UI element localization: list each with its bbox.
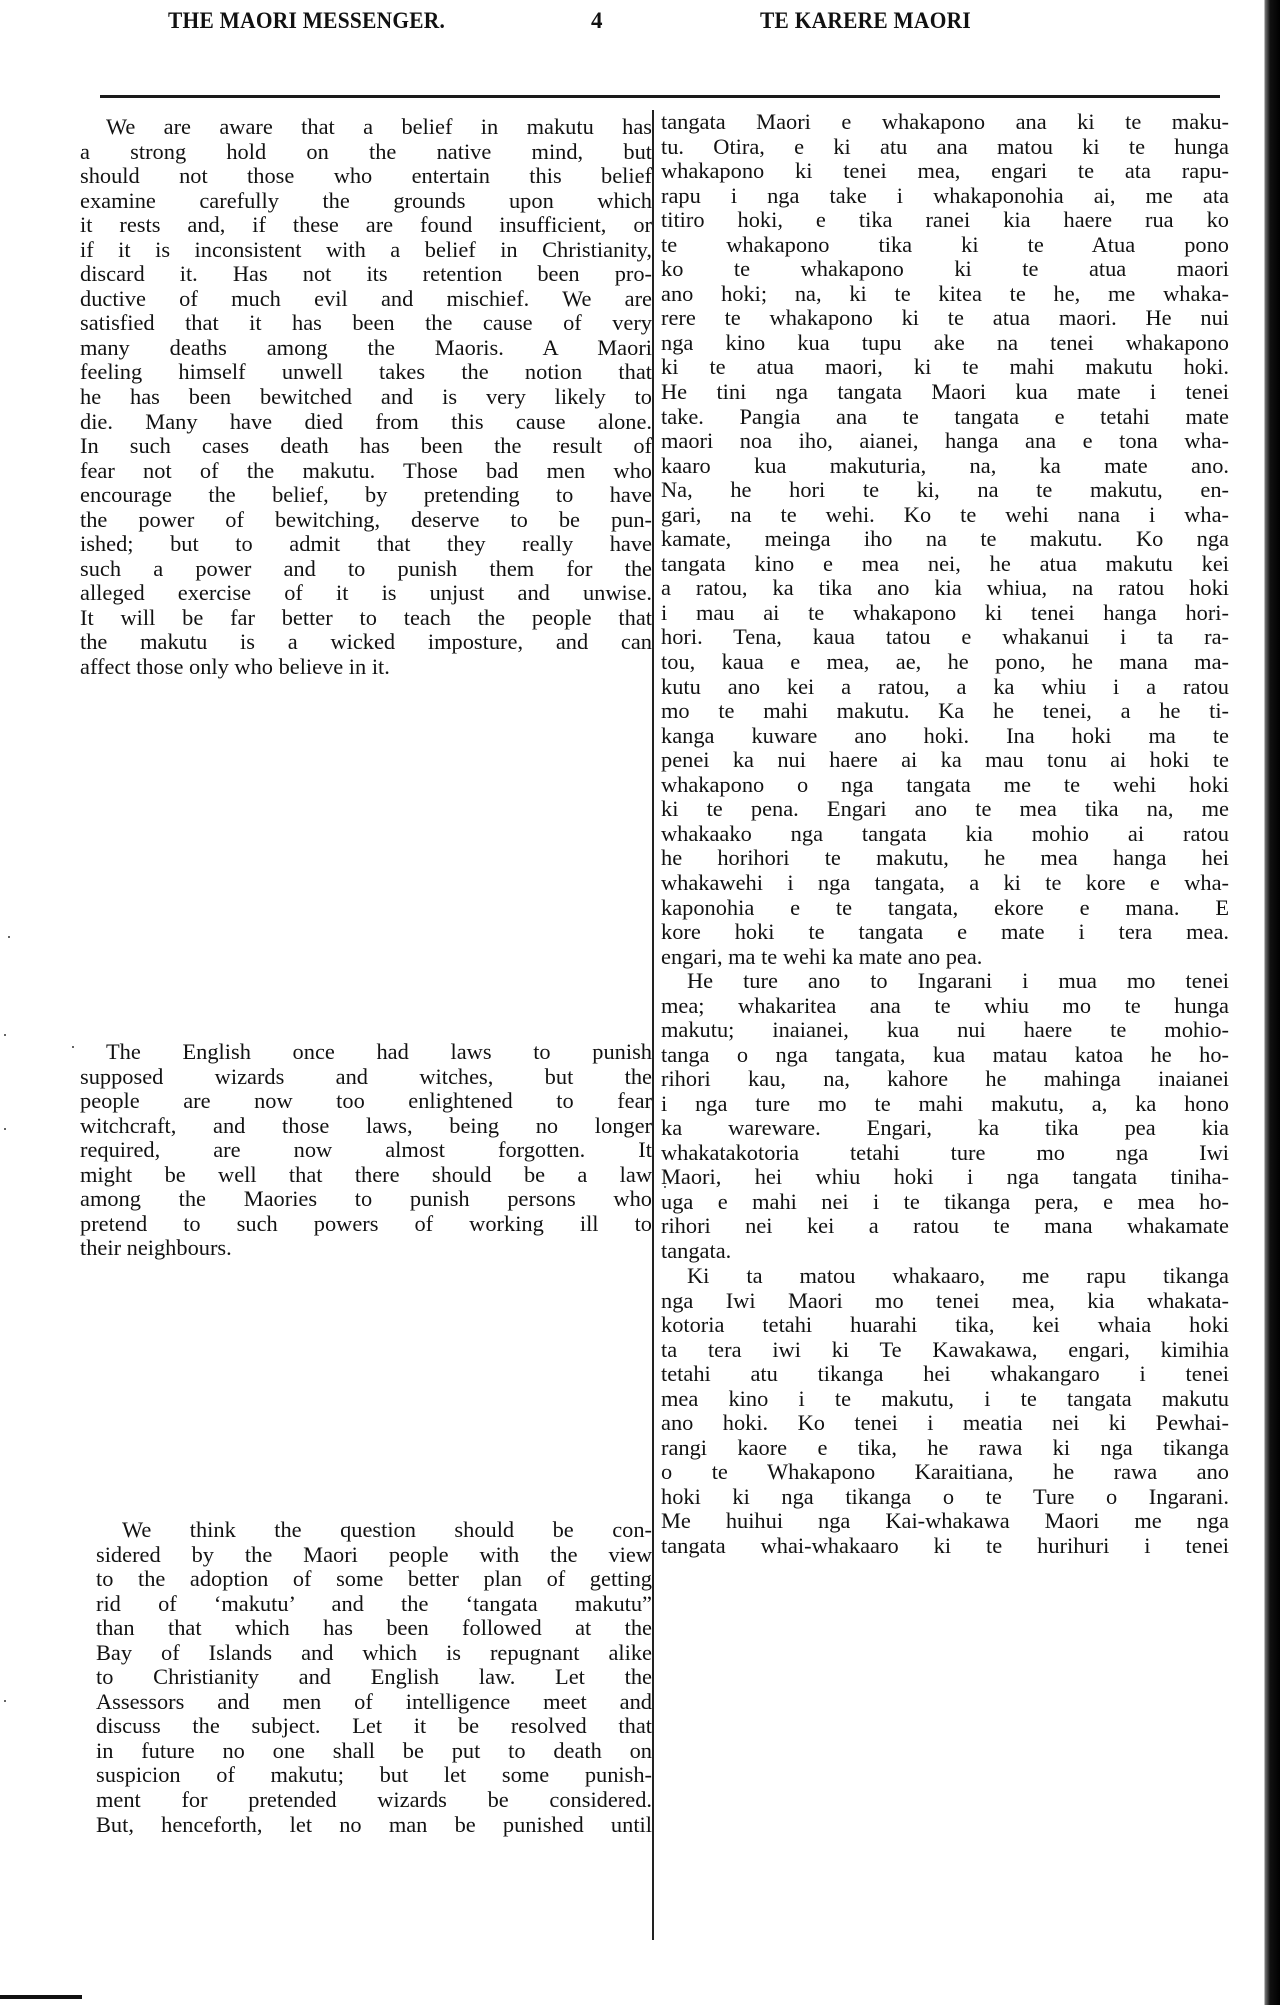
text-line: Ki ta matou whakaaro, me rapu tikanga	[661, 1264, 1229, 1289]
text-line: he has been bewitched and is very likely…	[80, 385, 652, 410]
text-line: rihori kau, na, kahore he mahinga inaian…	[661, 1067, 1229, 1092]
paragraph-makutu-belief: We are aware that a belief in makutu has…	[80, 115, 652, 680]
text-line: mea; whakaritea ana te whiu mo te hunga	[661, 994, 1229, 1019]
text-line: satisfied that it has been the cause of …	[80, 311, 652, 336]
text-line: suspicion of makutu; but let some punish…	[96, 1763, 652, 1788]
header-rule	[100, 95, 1220, 98]
masthead-english: THE MAORI MESSENGER.	[168, 8, 445, 34]
text-line: Na, he hori te ki, na te makutu, en-	[661, 478, 1229, 503]
text-line: i nga ture mo te mahi makutu, a, ka hono	[661, 1092, 1229, 1117]
text-line: the power of bewitching, deserve to be p…	[80, 508, 652, 533]
text-line: many deaths among the Maoris. A Maori	[80, 336, 652, 361]
text-line: rere te whakapono ki te atua maori. He n…	[661, 306, 1229, 331]
text-line: their neighbours.	[80, 1236, 652, 1261]
text-line: tangata.	[661, 1239, 1229, 1264]
scan-speck	[8, 936, 10, 938]
page-header: THE MAORI MESSENGER. 4 TE KARERE MAORI	[0, 8, 1280, 48]
text-line: gari, na te wehi. Ko te wehi nana i wha-	[661, 503, 1229, 528]
text-line: people are now too enlightened to fear	[80, 1089, 652, 1114]
text-line: alleged exercise of it is unjust and unw…	[80, 581, 652, 606]
text-line: ductive of much evil and mischief. We ar…	[80, 287, 652, 312]
text-line: pretend to such powers of working ill to	[80, 1212, 652, 1237]
text-line: ano hoki; na, ki te kitea te he, me whak…	[661, 282, 1229, 307]
scan-speck	[664, 1186, 666, 1188]
paragraph-english-laws: The English once had laws to punish supp…	[80, 1040, 652, 1261]
text-line: rangi kaore e tika, he rawa ki nga tikan…	[661, 1436, 1229, 1461]
text-line: a ratou, ka tika ano kia whiua, na ratou…	[661, 576, 1229, 601]
text-line: ta tera iwi ki Te Kawakawa, engari, kimi…	[661, 1338, 1229, 1363]
text-line: whakapono o nga tangata me te wehi hoki	[661, 773, 1229, 798]
text-line: among the Maories to punish persons who	[80, 1187, 652, 1212]
text-line: hoki ki nga tikanga o te Ture o Ingarani…	[661, 1485, 1229, 1510]
text-line: supposed wizards and witches, but the	[80, 1065, 652, 1090]
text-line: such a power and to punish them for the	[80, 557, 652, 582]
text-line: makutu; inaianei, kua nui haere te mohio…	[661, 1018, 1229, 1043]
scan-edge-mark	[0, 1995, 82, 1999]
text-line: kanga kuware ano hoki. Ina hoki ma te	[661, 724, 1229, 749]
text-line: ki te pena. Engari ano te mea tika na, m…	[661, 797, 1229, 822]
text-line: te whakapono tika ki te Atua pono	[661, 233, 1229, 258]
scan-speck	[4, 1128, 6, 1130]
text-line: o te Whakapono Karaitiana, he rawa ano	[661, 1460, 1229, 1485]
text-line: he horihori te makutu, he mea hanga hei	[661, 846, 1229, 871]
text-line: whakaako nga tangata kia mohio ai ratou	[661, 822, 1229, 847]
text-line: penei ka nui haere ai ka mau tonu ai hok…	[661, 748, 1229, 773]
text-line: nga Iwi Maori mo tenei mea, kia whakata-	[661, 1289, 1229, 1314]
page-number: 4	[591, 8, 603, 34]
paragraph-better-plan: We think the question should be con- sid…	[96, 1518, 652, 1837]
text-line: We are aware that a belief in makutu has	[80, 115, 652, 140]
text-line: required, are now almost forgotten. It	[80, 1138, 652, 1163]
text-line: He tini nga tangata Maori kua mate i ten…	[661, 380, 1229, 405]
text-line: Maori, hei whiu hoki i nga tangata tinih…	[661, 1165, 1229, 1190]
scan-speck	[72, 1046, 74, 1048]
text-line: It will be far better to teach the peopl…	[80, 606, 652, 631]
text-line: whakatakotoria tetahi ture mo nga Iwi	[661, 1141, 1229, 1166]
text-line: tangata Maori e whakapono ana ki te maku…	[661, 110, 1229, 135]
text-line: whakapono ki tenei mea, engari te ata ra…	[661, 159, 1229, 184]
text-line: ka wareware. Engari, ka tika pea kia	[661, 1116, 1229, 1141]
text-line: fear not of the makutu. Those bad men wh…	[80, 459, 652, 484]
text-line: i mau ai te whakapono ki tenei hanga hor…	[661, 601, 1229, 626]
text-line: uga e mahi nei i te tikanga pera, e mea …	[661, 1190, 1229, 1215]
text-line: take. Pangia ana te tangata e tetahi mat…	[661, 405, 1229, 430]
paragraph-ki-ta-matou: Ki ta matou whakaaro, me rapu tikanga ng…	[661, 1264, 1229, 1559]
paragraph-whakapono: tangata Maori e whakapono ana ki te maku…	[661, 110, 1229, 969]
text-line: discard it. Has not its retention been p…	[80, 262, 652, 287]
text-line: encourage the belief, by pretending to h…	[80, 483, 652, 508]
text-line: mea kino i te makutu, i te tangata makut…	[661, 1387, 1229, 1412]
text-line: But, henceforth, let no man be punished …	[96, 1813, 652, 1838]
paragraph-ture-ingarani: He ture ano to Ingarani i mua mo tenei m…	[661, 969, 1229, 1264]
text-line: hori. Tena, kaua tatou e whakanui i ta r…	[661, 625, 1229, 650]
text-line: tangata whai-whakaaro ki te hurihuri i t…	[661, 1534, 1229, 1559]
text-line: tou, kaua e mea, ae, he pono, he mana ma…	[661, 650, 1229, 675]
text-line: ano hoki. Ko tenei i meatia nei ki Pewha…	[661, 1411, 1229, 1436]
text-line: a strong hold on the native mind, but	[80, 140, 652, 165]
text-line: in future no one shall be put to death o…	[96, 1739, 652, 1764]
text-line: feeling himself unwell takes the notion …	[80, 360, 652, 385]
text-line: it rests and, if these are found insuffi…	[80, 213, 652, 238]
text-line: maori noa iho, aianei, hanga ana e tona …	[661, 429, 1229, 454]
text-line: affect those only who believe in it.	[80, 655, 652, 680]
text-line: mo te mahi makutu. Ka he tenei, a he ti-	[661, 699, 1229, 724]
text-line: the makutu is a wicked imposture, and ca…	[80, 630, 652, 655]
text-line: Bay of Islands and which is repugnant al…	[96, 1641, 652, 1666]
scan-speck	[4, 1034, 6, 1036]
text-line: if it is inconsistent with a belief in C…	[80, 238, 652, 263]
text-line: to the adoption of some better plan of g…	[96, 1567, 652, 1592]
text-line: examine carefully the grounds upon which	[80, 189, 652, 214]
text-line: witchcraft, and those laws, being no lon…	[80, 1114, 652, 1139]
masthead-maori: TE KARERE MAORI	[760, 8, 971, 34]
text-line: ko te whakapono ki te atua maori	[661, 257, 1229, 282]
text-line: sidered by the Maori people with the vie…	[96, 1543, 652, 1568]
text-line: The English once had laws to punish	[80, 1040, 652, 1065]
text-line: kore hoki te tangata e mate i tera mea.	[661, 920, 1229, 945]
text-line: discuss the subject. Let it be resolved …	[96, 1714, 652, 1739]
text-line: kutu ano kei a ratou, a ka whiu i a rato…	[661, 675, 1229, 700]
text-line: In such cases death has been the result …	[80, 434, 652, 459]
text-line: tangata kino e mea nei, he atua makutu k…	[661, 552, 1229, 577]
text-line: should not those who entertain this beli…	[80, 164, 652, 189]
text-line: ment for pretended wizards be considered…	[96, 1788, 652, 1813]
text-line: tu. Otira, e ki atu ana matou ki te hung…	[661, 135, 1229, 160]
text-line: He ture ano to Ingarani i mua mo tenei	[661, 969, 1229, 994]
text-line: ki te atua maori, ki te mahi makutu hoki…	[661, 355, 1229, 380]
text-line: kaponohia e te tangata, ekore e mana. E	[661, 896, 1229, 921]
text-line: We think the question should be con-	[96, 1518, 652, 1543]
text-line: rihori nei kei a ratou te mana whakamate	[661, 1214, 1229, 1239]
text-line: tetahi atu tikanga hei whakangaro i tene…	[661, 1362, 1229, 1387]
text-line: kamate, meinga iho na te makutu. Ko nga	[661, 527, 1229, 552]
page-edge-border	[1262, 0, 1280, 2005]
text-line: die. Many have died from this cause alon…	[80, 410, 652, 435]
text-line: to Christianity and English law. Let the	[96, 1665, 652, 1690]
text-line: kotoria tetahi huarahi tika, kei whaia h…	[661, 1313, 1229, 1338]
column-divider	[652, 110, 654, 1940]
text-line: kaaro kua makuturia, na, ka mate ano.	[661, 454, 1229, 479]
text-line: tanga o nga tangata, kua matau katoa he …	[661, 1043, 1229, 1068]
text-line: Me huihui nga Kai-whakawa Maori me nga	[661, 1509, 1229, 1534]
text-line: engari, ma te wehi ka mate ano pea.	[661, 945, 1229, 970]
text-line: Assessors and men of intelligence meet a…	[96, 1690, 652, 1715]
text-line: nga kino kua tupu ake na tenei whakapono	[661, 331, 1229, 356]
scan-speck	[4, 1700, 6, 1702]
text-line: than that which has been followed at the	[96, 1616, 652, 1641]
text-line: might be well that there should be a law	[80, 1163, 652, 1188]
text-line: titiro hoki, e tika ranei kia haere rua …	[661, 208, 1229, 233]
text-line: rid of ‘makutu’ and the ‘tangata makutu”	[96, 1592, 652, 1617]
text-line: rapu i nga take i whakaponohia ai, me at…	[661, 184, 1229, 209]
text-line: whakawehi i nga tangata, a ki te kore e …	[661, 871, 1229, 896]
text-line: ished; but to admit that they really hav…	[80, 532, 652, 557]
